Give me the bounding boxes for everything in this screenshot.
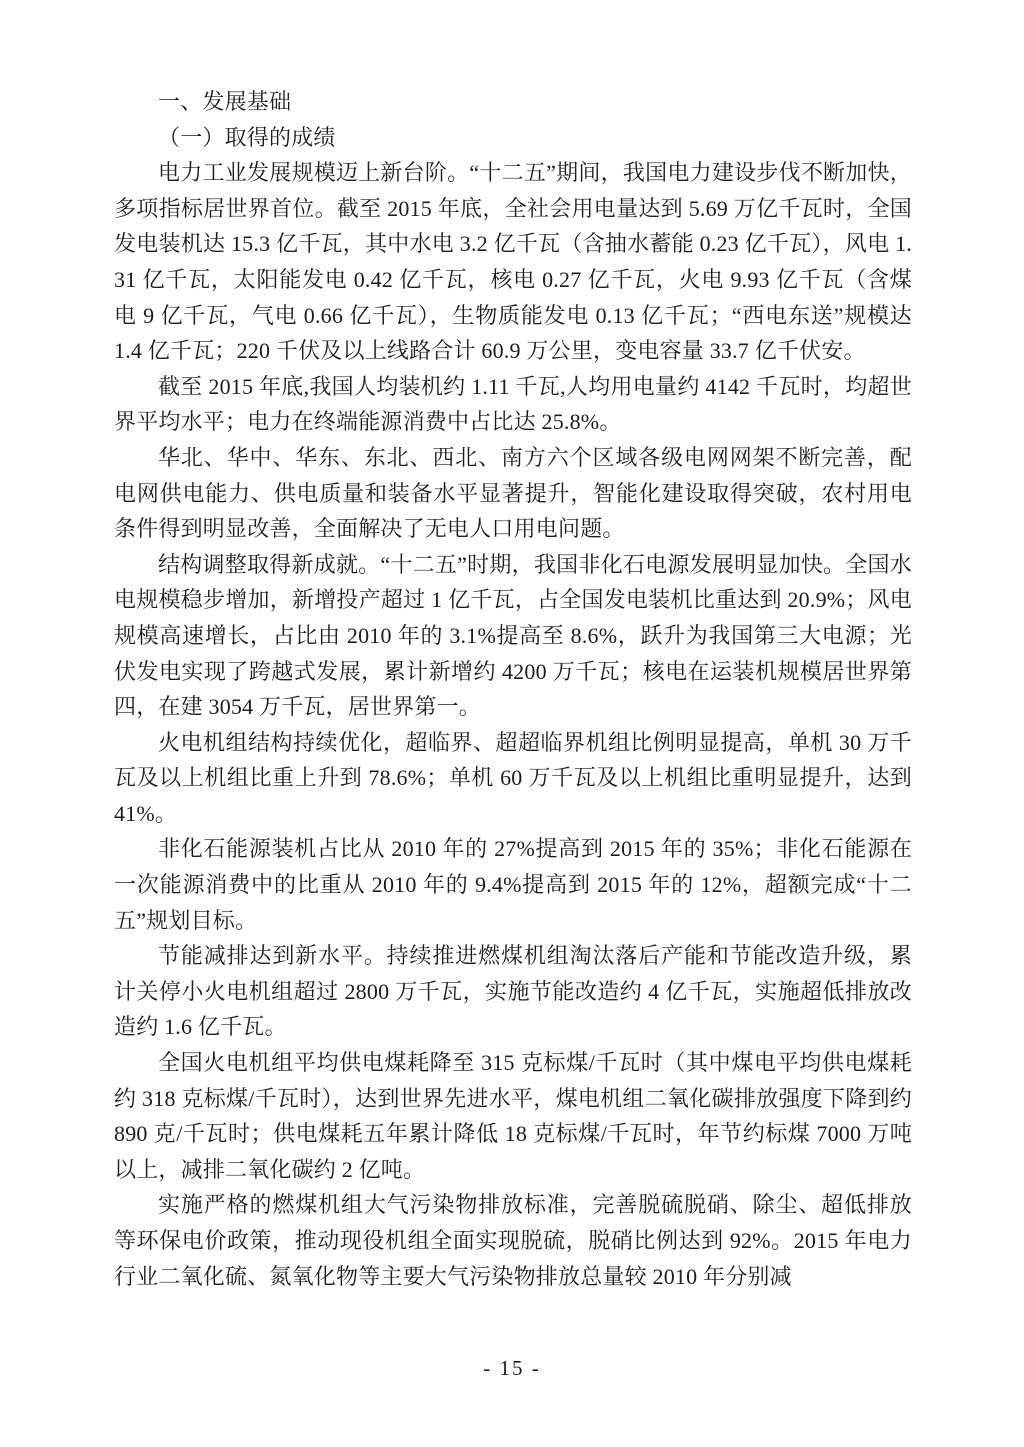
subsection-heading: （一）取得的成绩 — [114, 120, 912, 156]
paragraph: 实施严格的燃煤机组大气污染物排放标准，完善脱硫脱硝、除尘、超低排放等环保电价政策… — [114, 1187, 912, 1294]
document-page: 一、发展基础 （一）取得的成绩 电力工业发展规模迈上新台阶。“十二五”期间，我国… — [0, 0, 1024, 1447]
section-heading: 一、发展基础 — [114, 84, 912, 120]
paragraph: 结构调整取得新成就。“十二五”时期，我国非化石电源发展明显加快。全国水电规模稳步… — [114, 547, 912, 725]
paragraph: 节能减排达到新水平。持续推进燃煤机组淘汰落后产能和节能改造升级，累计关停小火电机… — [114, 938, 912, 1045]
paragraph: 电力工业发展规模迈上新台阶。“十二五”期间，我国电力建设步伐不断加快，多项指标居… — [114, 155, 912, 369]
paragraph: 火电机组结构持续优化，超临界、超超临界机组比例明显提高，单机 30 万千瓦及以上… — [114, 725, 912, 832]
page-number: - 15 - — [0, 1356, 1024, 1381]
paragraph: 截至 2015 年底,我国人均装机约 1.11 千瓦,人均用电量约 4142 千… — [114, 369, 912, 440]
paragraph: 华北、华中、华东、东北、西北、南方六个区域各级电网网架不断完善，配电网供电能力、… — [114, 440, 912, 547]
document-body: 一、发展基础 （一）取得的成绩 电力工业发展规模迈上新台阶。“十二五”期间，我国… — [114, 84, 912, 1294]
paragraph: 非化石能源装机占比从 2010 年的 27%提高到 2015 年的 35%；非化… — [114, 831, 912, 938]
paragraph: 全国火电机组平均供电煤耗降至 315 克标煤/千瓦时（其中煤电平均供电煤耗约 3… — [114, 1045, 912, 1187]
